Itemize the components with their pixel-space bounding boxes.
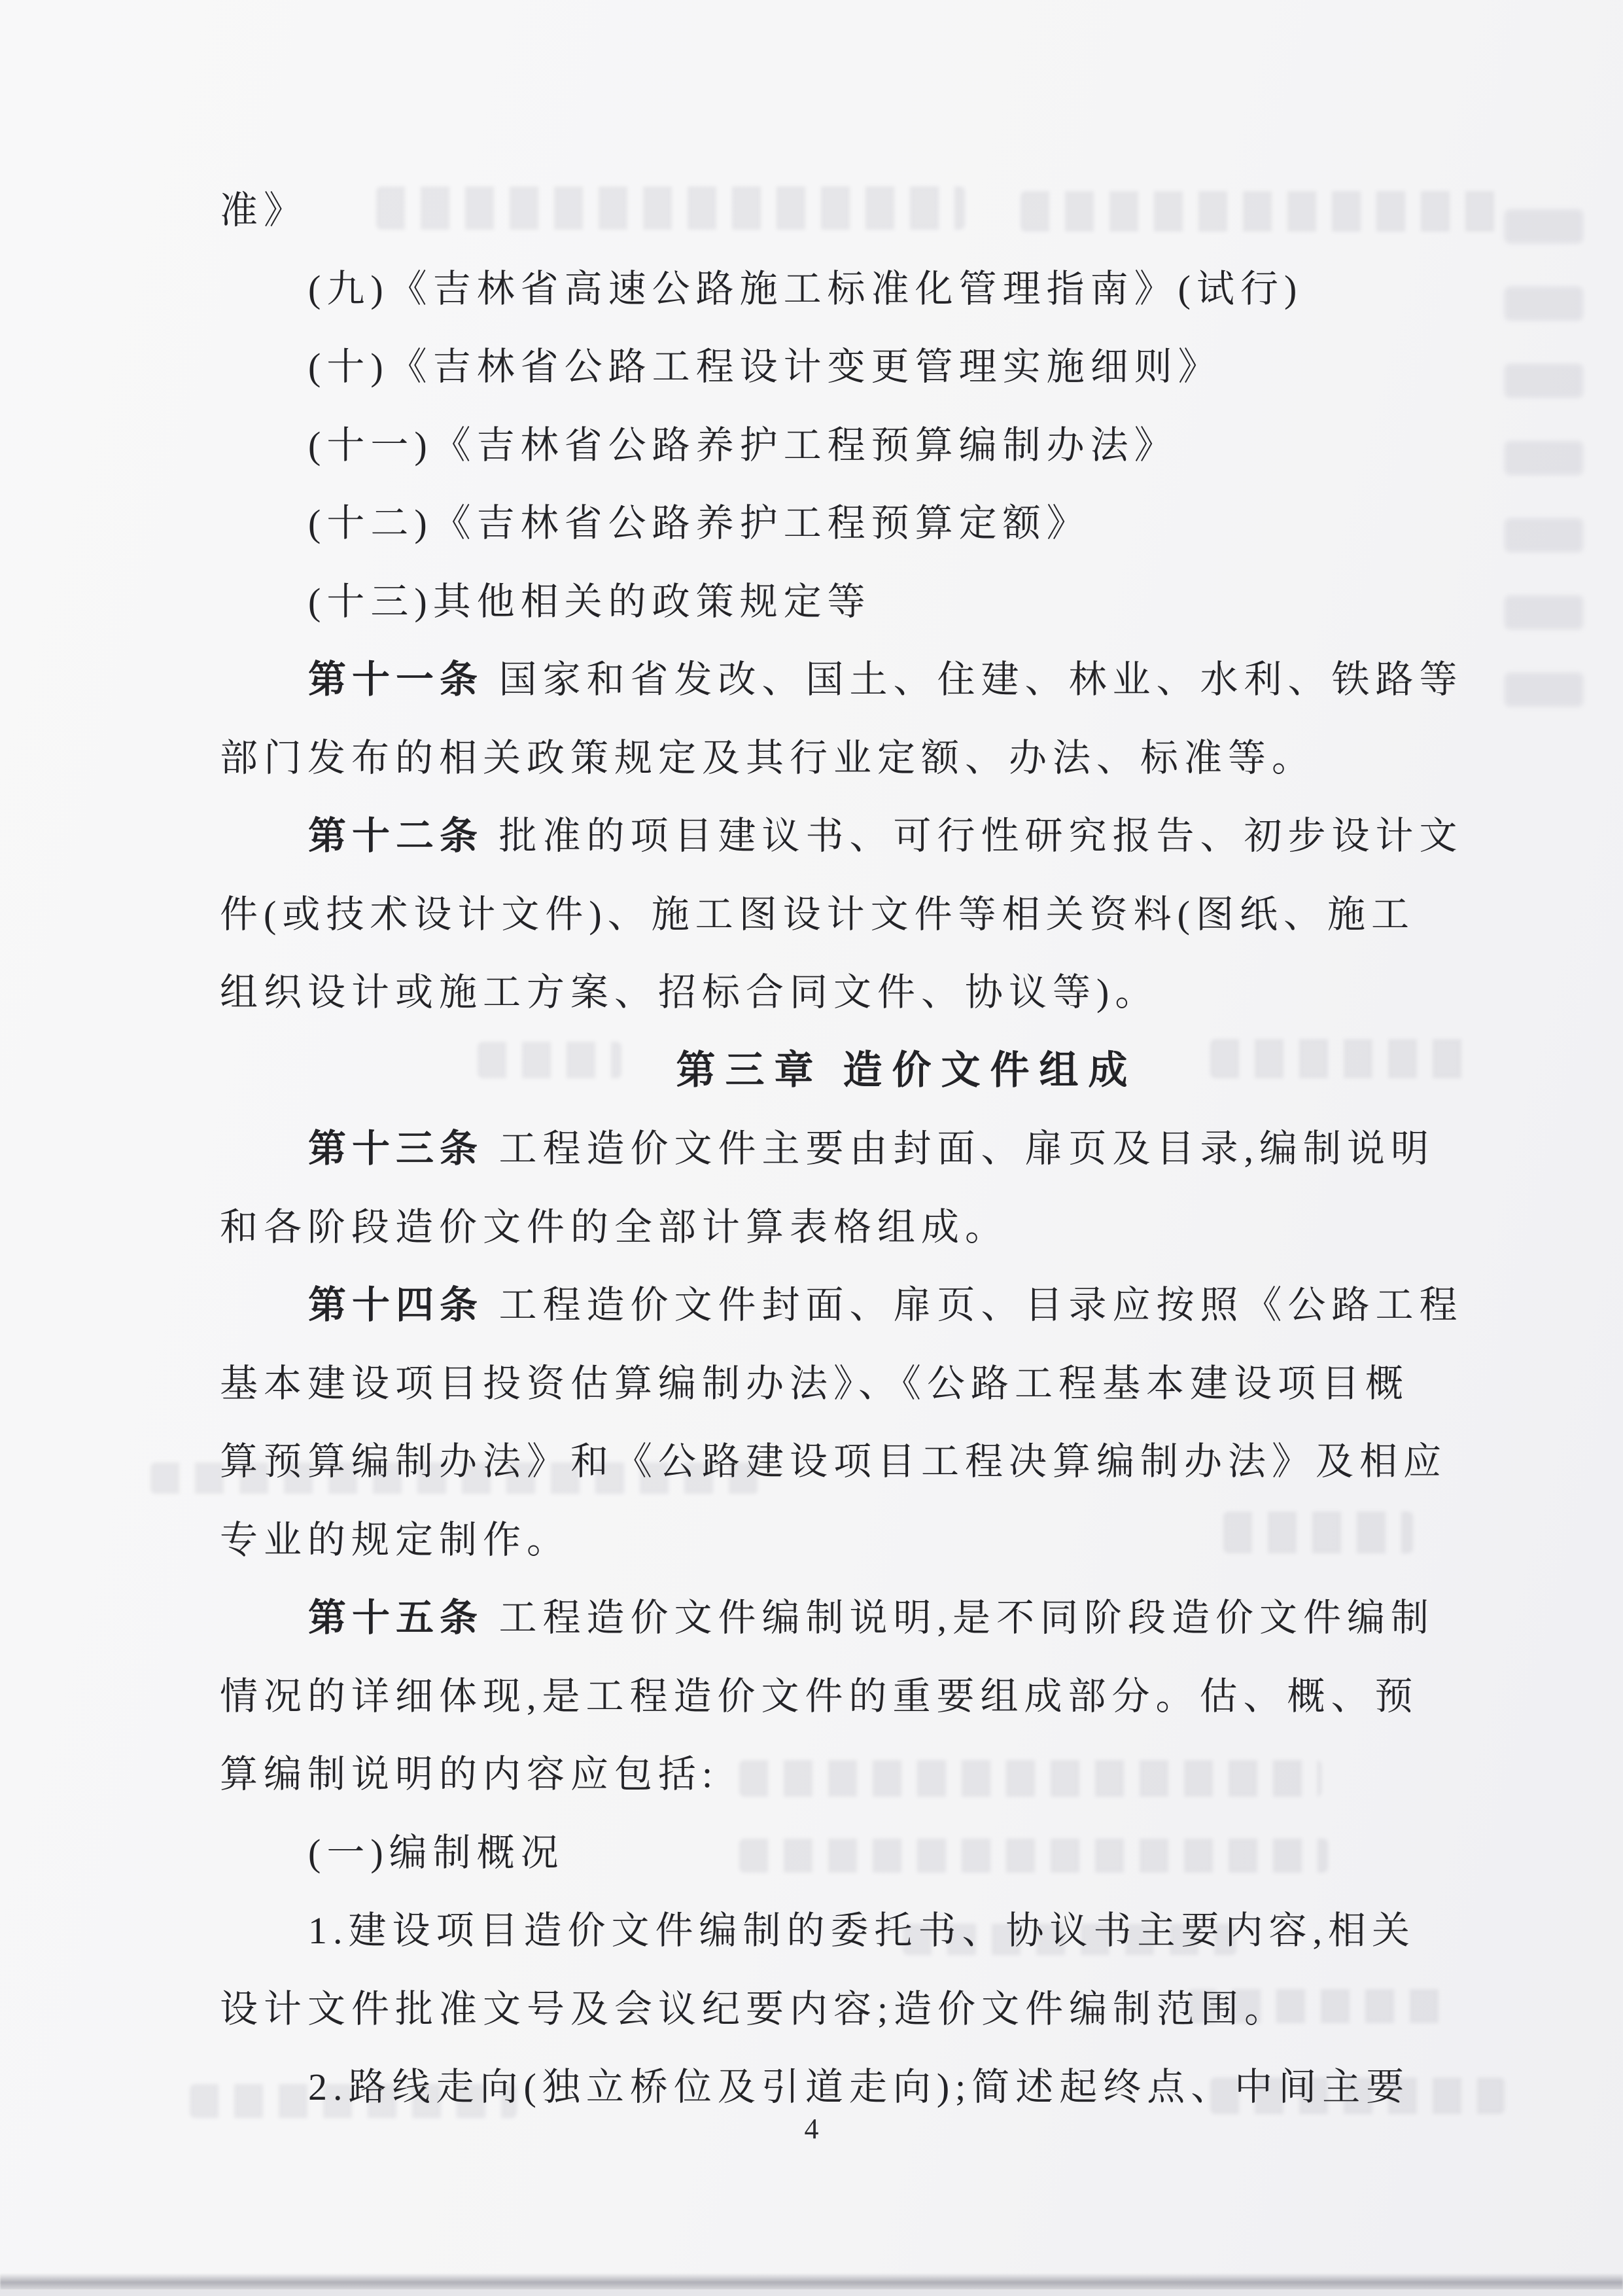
text-line: 情况的详细体现,是工程造价文件的重要组成部分。估、概、预: [220, 1657, 1430, 1736]
bleedthrough-ghost: [1505, 595, 1583, 629]
text-line: 件(或技术设计文件)、施工图设计文件等相关资料(图纸、施工: [220, 875, 1430, 954]
scan-bottom-margin: [0, 2289, 1623, 2296]
bleedthrough-ghost: [1505, 673, 1583, 707]
text-line-article-14: 第十四条 工程造价文件封面、扉页、目录应按照《公路工程: [220, 1266, 1430, 1345]
document-text-block: 准》 (九)《吉林省高速公路施工标准化管理指南》(试行) (十)《吉林省公路工程…: [220, 171, 1430, 2127]
text-line: (九)《吉林省高速公路施工标准化管理指南》(试行): [220, 250, 1430, 328]
text-line: 设计文件批准文号及会议纪要内容;造价文件编制范围。: [220, 1970, 1430, 2049]
scan-bottom-edge: [0, 2273, 1623, 2290]
text-line: 准》: [220, 171, 1430, 250]
text-line: 专业的规定制作。: [220, 1501, 1430, 1580]
bleedthrough-ghost: [1505, 287, 1583, 321]
page-number: 4: [0, 2112, 1623, 2146]
text-line: (十一)《吉林省公路养护工程预算编制办法》: [220, 406, 1430, 485]
text-line: 1.建设项目造价文件编制的委托书、协议书主要内容,相关: [220, 1892, 1430, 1970]
text-line: 基本建设项目投资估算编制办法》、《公路工程基本建设项目概: [220, 1345, 1430, 1423]
text-line: 和各阶段造价文件的全部计算表格组成。: [220, 1188, 1430, 1267]
bleedthrough-ghost: [1505, 209, 1583, 243]
bleedthrough-ghost: [1505, 441, 1583, 475]
text-line-article-11: 第十一条 国家和省发改、国土、住建、林业、水利、铁路等: [220, 641, 1430, 719]
text-line-article-12: 第十二条 批准的项目建议书、可行性研究报告、初步设计文: [220, 797, 1430, 875]
text-line: 组织设计或施工方案、招标合同文件、协议等)。: [220, 953, 1430, 1032]
text-line: 算编制说明的内容应包括:: [220, 1735, 1430, 1814]
text-line: 部门发布的相关政策规定及其行业定额、办法、标准等。: [220, 719, 1430, 798]
bleedthrough-ghost: [1505, 518, 1583, 552]
text-line-article-15: 第十五条 工程造价文件编制说明,是不同阶段造价文件编制: [220, 1579, 1430, 1657]
text-line: (十)《吉林省公路工程设计变更管理实施细则》: [220, 328, 1430, 406]
text-line: 算预算编制办法》和《公路建设项目工程决算编制办法》及相应: [220, 1422, 1430, 1501]
scanned-document-page: 准》 (九)《吉林省高速公路施工标准化管理指南》(试行) (十)《吉林省公路工程…: [0, 0, 1623, 2296]
text-line: (一)编制概况: [220, 1814, 1430, 1892]
text-line: (十三)其他相关的政策规定等: [220, 563, 1430, 641]
text-line: (十二)《吉林省公路养护工程预算定额》: [220, 484, 1430, 563]
bleedthrough-ghost: [1505, 364, 1583, 398]
text-line-article-13: 第十三条 工程造价文件主要由封面、扉页及目录,编制说明: [220, 1110, 1430, 1188]
chapter-heading: 第三章 造价文件组成: [220, 1032, 1430, 1110]
